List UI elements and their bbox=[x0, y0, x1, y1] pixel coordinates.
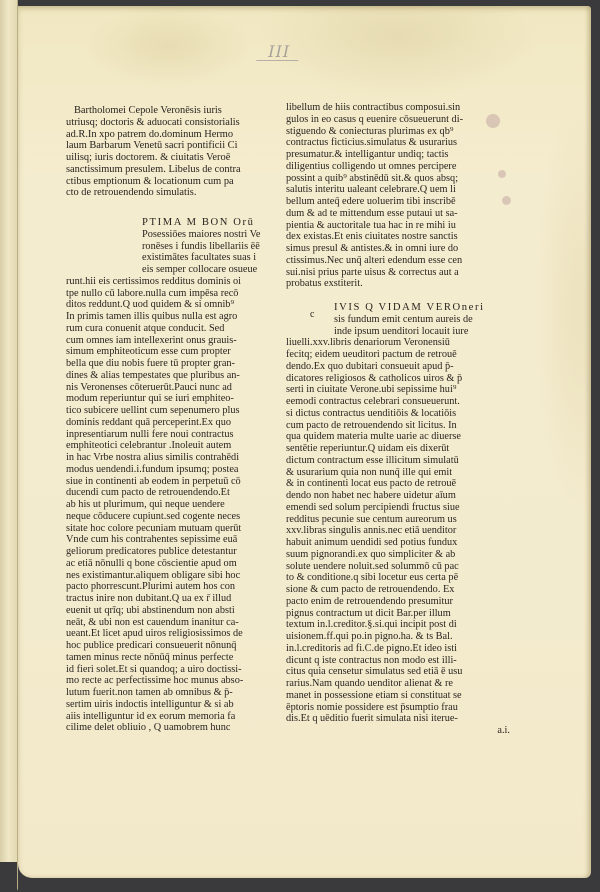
text-line: lutum fuerit.non tamen ab omnibus & p̄- bbox=[66, 687, 273, 699]
spacer bbox=[286, 290, 512, 302]
text-line: laum Barbarum Venetū sacri pontificii Ci bbox=[66, 140, 273, 152]
adjacent-page-edge bbox=[0, 0, 18, 892]
text-line: suum pignorandi.ex quo simpliciter & ab bbox=[286, 549, 512, 561]
text-line: rarius.Nam quando uenditor alienat & re bbox=[286, 678, 512, 690]
text-line: sui.nisi prius parte uisus & correctus a… bbox=[286, 267, 512, 279]
text-line: sitate hoc colore pecuniam mutuam querūt bbox=[66, 523, 273, 535]
text-line: nis Veronenses cōteruerūt.Pauci nunc ad bbox=[66, 382, 273, 394]
text-line: ad.R.In xpo patrem do.dominum Hermo bbox=[66, 129, 273, 141]
text-line: dendo non habet nec habere uidetur aīum bbox=[286, 490, 512, 502]
spacer bbox=[66, 199, 273, 217]
text-line: simum emphiteoticum esse cum propter bbox=[66, 346, 273, 358]
text-line: cum omnes iam intellexerint onus grauis- bbox=[66, 335, 273, 347]
text-line: sentētie reperiuntur.Q uidam eis dixerūt bbox=[286, 443, 512, 455]
text-line: bellum anteq̄ edere uoluerim tibi inscri… bbox=[286, 196, 512, 208]
text-line: ab his ut plurimum, qui neque uendere bbox=[66, 499, 273, 511]
text-line: probatus exstiterit. bbox=[286, 278, 512, 290]
text-line: redditus pecunie sue centum aureorum us bbox=[286, 514, 512, 526]
text-line: in hac Vrbe nostra alius similis contrah… bbox=[66, 452, 273, 464]
text-line: neāt, & ubi non est cauendum inanitur ca… bbox=[66, 617, 273, 629]
text-line: dominis reddant quā perceperint.Ex quo bbox=[66, 417, 273, 429]
text-line: runt.hii eis certissimos redditus domini… bbox=[66, 276, 273, 288]
text-line: stiguendo & coniecturas plurimas ex qb⁹ bbox=[286, 126, 512, 138]
text-line: Vnde cum his contrahentes sepissime euā bbox=[66, 534, 273, 546]
text-line: cilime delet obliuio , Q uamobrem hunc bbox=[66, 722, 273, 734]
text-line: salutis interitu ualeant celebrare.Q uem… bbox=[286, 184, 512, 196]
text-line: ducendi cum pacto de retrouendendo.Et bbox=[66, 487, 273, 499]
text-line: mo recte ac perfectissime hoc munus abso… bbox=[66, 675, 273, 687]
text-line: emendi sed solum percipiendi fructus siu… bbox=[286, 502, 512, 514]
text-line: liuelli.xxv.libris denariorum Veronensiū bbox=[286, 337, 512, 349]
text-line: bella que diu nobis fuere tū propter gra… bbox=[66, 358, 273, 370]
text-line: modus uendendi.i.fundum ipsumq; postea bbox=[66, 464, 273, 476]
text-line: sis fundum emit centum aureis de bbox=[286, 314, 512, 326]
background-gap bbox=[0, 862, 17, 892]
text-line: nes existimantur.aliquem obligare sibi h… bbox=[66, 570, 273, 582]
text-line: inde ipsum uenditori locauit iure bbox=[286, 326, 512, 338]
text-line: id fieri solet.Et si quandoq; a uiro doc… bbox=[66, 664, 273, 676]
text-line: solute uendere noluit.sed solummō cū pac bbox=[286, 561, 512, 573]
text-line: cum pacto de retrouendendo sit licitus. … bbox=[286, 420, 512, 432]
text-line: pignus contractum ut dicit Bar.per illum bbox=[286, 608, 512, 620]
text-line: manet in possessione etiam si constituat… bbox=[286, 690, 512, 702]
text-line: pacto enim de retrouendendo presumitur bbox=[286, 596, 512, 608]
text-line: sanctissimum presulem. Libelus de contra bbox=[66, 164, 273, 176]
text-line: qua quidem materia multe uarie ac diuers… bbox=[286, 431, 512, 443]
text-line: habuit animum uendidi sed potius fundux bbox=[286, 537, 512, 549]
text-line: in.l.creditoris ad fi.C.de pigno.Et ideo… bbox=[286, 643, 512, 655]
right-column: libellum de hiis contractibus composui.s… bbox=[286, 102, 512, 737]
text-line: ditos reddunt.Q uod quidem & si omnib⁹ bbox=[66, 299, 273, 311]
text-line: Bartholomei Cepole Veronēsis iuris bbox=[66, 105, 273, 117]
text-line: inpresentiarum nulli fere noui contractu… bbox=[66, 429, 273, 441]
text-line: tico subicere uellint cum sepenumero plu… bbox=[66, 405, 273, 417]
text-line: dines & alias tempestates que pluribus a… bbox=[66, 370, 273, 382]
text-line: In primis tamen illis quibus nulla est a… bbox=[66, 311, 273, 323]
text-line: ctibus emptionum & locationum cum pa bbox=[66, 176, 273, 188]
title-heading: Bartholomei Cepole Veronēsis iuris utriu… bbox=[66, 105, 273, 199]
text-line: Posessiōes maiores nostri Ve bbox=[66, 229, 273, 241]
text-line: ronēses i fundis libellariis ēē bbox=[66, 241, 273, 253]
text-line: aiis intelliguntur id ex eorum memoria f… bbox=[66, 711, 273, 723]
text-line: sione & cum pacto de retrouendendo. Ex bbox=[286, 584, 512, 596]
text-line: simus presul & antistes.& in omni iure d… bbox=[286, 243, 512, 255]
text-line: xxv.libras singulis annis.nec etiā uendi… bbox=[286, 525, 512, 537]
text-line: citus quia censetur simulatus sed etiā ē… bbox=[286, 666, 512, 678]
signature-mark: a.i. bbox=[286, 725, 512, 737]
folio-number: III bbox=[256, 44, 302, 61]
text-line: contractus ficticius.simulatus & usurari… bbox=[286, 137, 512, 149]
text-line: & usurarium quia non nunq̄ ille qui emit bbox=[286, 467, 512, 479]
text-line: presumatur.& intelligantur undiq; tactis bbox=[286, 149, 512, 161]
text-line: pacto phorrescunt.Plurimi autem hos con bbox=[66, 581, 273, 593]
text-line: eis semper collocare osueue bbox=[66, 264, 273, 276]
text-line: ac etiā nōnulli q bone cōscientie apud o… bbox=[66, 558, 273, 570]
text-line: libellum de hiis contractibus composui.s… bbox=[286, 102, 512, 114]
text-line: dendo.Ex quo dubitari consueuit apud p̄- bbox=[286, 361, 512, 373]
text-line: tamen minus recte nōnūq̄ minus perfecte bbox=[66, 652, 273, 664]
text-line: fecitq; eidem ueuditori pactum de retrou… bbox=[286, 349, 512, 361]
text-line: dis.Et q uēditio fuerit simulata nisi it… bbox=[286, 713, 512, 725]
text-line: neque cōducere cupiunt.sed cogente neces bbox=[66, 511, 273, 523]
text-line: textum in.l.creditor.§.si.qui incipit po… bbox=[286, 619, 512, 631]
text-line: emphiteotici celebrantur .Inoleuit autem bbox=[66, 440, 273, 452]
text-line: ueant.Et licet apud uiros religiosissimo… bbox=[66, 628, 273, 640]
text-line: modum reperiuntur qui se iuri emphiteo- bbox=[66, 393, 273, 405]
text-line: gulos in eo casus q euenire cōsueuerunt … bbox=[286, 114, 512, 126]
text-line: existimātes facultates suas i bbox=[66, 252, 273, 264]
left-column: Bartholomei Cepole Veronēsis iuris utriu… bbox=[66, 105, 273, 734]
text-line: dicunt q iste contractus non modo est il… bbox=[286, 655, 512, 667]
text-line: eemodi contractus celebrari consueuerunt… bbox=[286, 396, 512, 408]
incipit-capitals: PTIMA M BON Orū bbox=[66, 217, 273, 229]
text-line: diligentius colligendo ut omnes perciper… bbox=[286, 161, 512, 173]
text-line: dictum contractum esse illicitum simulat… bbox=[286, 455, 512, 467]
text-line: pientia & auctoritale tua hac in re mihi… bbox=[286, 220, 512, 232]
text-line: siue in continenti ab eodem in perpetuū … bbox=[66, 476, 273, 488]
text-line: utriusq; doctoris & aduocati consistoria… bbox=[66, 117, 273, 129]
text-line: tractus inire non dubitant.Q ua ex r̄ il… bbox=[66, 593, 273, 605]
text-line: rum cura conuenit atque conducit. Sed bbox=[66, 323, 273, 335]
text-line: cto de retrouendendo simulatis. bbox=[66, 187, 273, 199]
text-line: hoc publice predicari consueuerit nōnunq… bbox=[66, 640, 273, 652]
text-line: uilisq; iuris doctorem. & ciuitatis Vero… bbox=[66, 152, 273, 164]
text-line: to & conditione.q sibi locetur eus certa… bbox=[286, 572, 512, 584]
text-line: geliorum predicatores publice detestantu… bbox=[66, 546, 273, 558]
text-line: euenit ut qrīq; ubi abstinendum non abst… bbox=[66, 605, 273, 617]
text-line: & in continenti locat eus pacto de retro… bbox=[286, 478, 512, 490]
text-line: possint a quib⁹ abstinēdū sit.& quos abs… bbox=[286, 173, 512, 185]
text-line: serti in ciuitate Verone.ubi sepissime h… bbox=[286, 384, 512, 396]
text-line: dicatores religiosos & catholicos uiros … bbox=[286, 373, 512, 385]
text-line: sertim uiris indoctis intelliguntur & si… bbox=[66, 699, 273, 711]
text-line: dum & ad te mittendum esse putaui ut sa- bbox=[286, 208, 512, 220]
guide-letter: c bbox=[310, 309, 314, 320]
incipit-capitals: IVIS Q VIDAM VEROneri bbox=[286, 302, 512, 314]
text-line: ctissimus.Nec unq̄ alteri edendum esse c… bbox=[286, 255, 512, 267]
text-line: ēptoris nomie possidere est p̄sumptio fr… bbox=[286, 702, 512, 714]
text-line: dex existas.Et enis ciuitates nostre san… bbox=[286, 231, 512, 243]
text-line: si dictus contractus uenditiōis & locati… bbox=[286, 408, 512, 420]
text-line: tpe nullo cū labore.nulla cum impēsa rec… bbox=[66, 288, 273, 300]
text-line: uisionem.ff.qui po.in pigno.ha. & ts Bal… bbox=[286, 631, 512, 643]
